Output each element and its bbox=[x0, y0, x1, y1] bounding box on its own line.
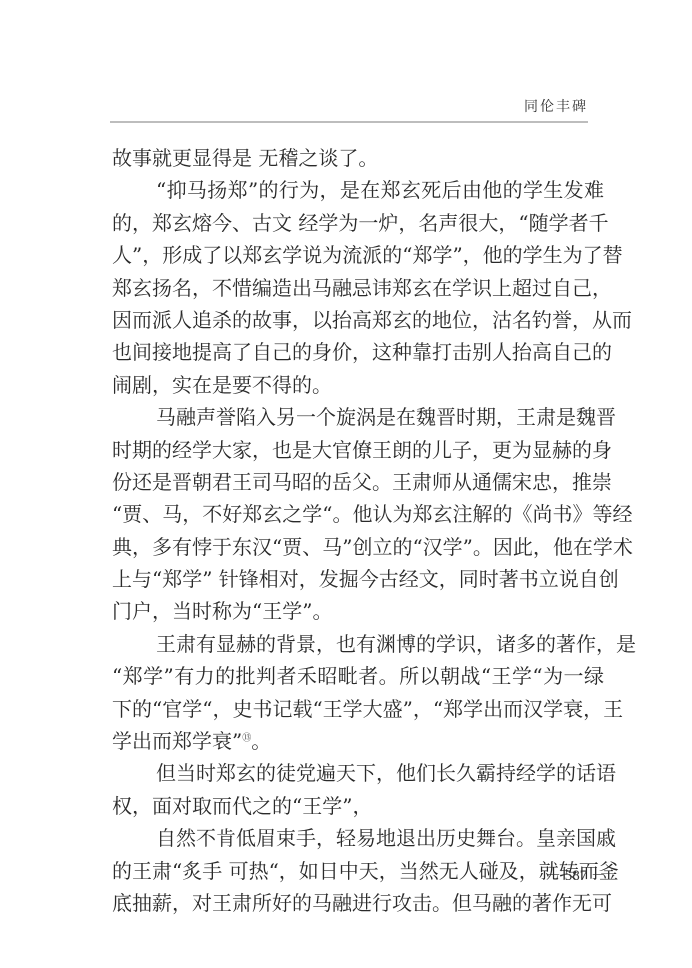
text-line: 但当时郑玄的徒党遍天下，他们长久霸持经学的话语 bbox=[112, 757, 604, 789]
line-text: 门户，当时称为“王学”。 bbox=[112, 599, 332, 623]
footnote-marker[interactable]: ⑬ bbox=[242, 733, 251, 743]
text-line: 自然不肯低眉束手，轻易地退出历史舞台。皇亲国戚 bbox=[112, 822, 604, 854]
line-text: 学出而郑学衰” bbox=[112, 729, 242, 753]
text-line: “抑马扬郑”的行为，是在郑玄死后由他的学生发难 bbox=[112, 174, 604, 206]
line-text: 的，郑玄熔今、古文 经学为一炉，名声很大，“随学者千 bbox=[112, 211, 609, 235]
line-text: 上与“郑学” 针锋相对，发掘今古经文，同时著书立说自创 bbox=[112, 567, 619, 591]
line-text: 也间接地提高了自己的身价，这种靠打击别人抬高自己的 bbox=[112, 340, 612, 364]
line-tail: 。 bbox=[251, 729, 271, 753]
line-text: 郑玄扬名，不惜编造出马融忌讳郑玄在学识上超过自己， bbox=[112, 276, 612, 300]
line-text: 典，多有悖于东汉“贾、马”创立的“汉学”。因此，他在学术 bbox=[112, 535, 633, 559]
text-line: 份还是晋朝君王司马昭的岳父。王肃师从通儒宋忠，推崇 bbox=[112, 466, 604, 498]
line-text: 底抽薪，对王肃所好的马融进行攻击。但马融的著作无可 bbox=[112, 891, 612, 915]
text-line: 王肃有显赫的背景，也有渊博的学识，诸多的著作，是 bbox=[112, 628, 604, 660]
text-line: 下的“官学“，史书记载“王学大盛”，“郑学出而汉学衰，王 bbox=[112, 693, 604, 725]
line-text: 马融声誉陷入另一个旋涡是在魏晋时期，王肃是魏晋 bbox=[156, 405, 616, 429]
line-text: 故事就更显得是 无稽之谈了。 bbox=[112, 146, 378, 170]
line-text: 因而派人追杀的故事，以抬高郑玄的地位，沽名钓誉，从而 bbox=[112, 308, 632, 332]
line-text: “郑学”有力的批判者禾昭毗者。所以朝战“王学“为一绿 bbox=[112, 664, 604, 688]
text-line: 故事就更显得是 无稽之谈了。 bbox=[112, 142, 604, 174]
text-line: “郑学”有力的批判者禾昭毗者。所以朝战“王学“为一绿 bbox=[112, 660, 604, 692]
text-line: 马融声誉陷入另一个旋涡是在魏晋时期，王肃是魏晋 bbox=[112, 401, 604, 433]
text-line: 学出而郑学衰”⑬。 bbox=[112, 725, 604, 757]
body-text: 故事就更显得是 无稽之谈了。“抑马扬郑”的行为，是在郑玄死后由他的学生发难的，郑… bbox=[112, 142, 604, 919]
text-line: 时期的经学大家，也是大官僚王朗的儿子，更为显赫的身 bbox=[112, 434, 604, 466]
text-line: 闹剧，实在是要不得的。 bbox=[112, 369, 604, 401]
text-line: 典，多有悖于东汉“贾、马”创立的“汉学”。因此，他在学术 bbox=[112, 531, 604, 563]
text-line: 人”，形成了以郑玄学说为流派的“郑学”，他的学生为了替 bbox=[112, 239, 604, 271]
line-text: 自然不肯低眉束手，轻易地退出历史舞台。皇亲国戚 bbox=[156, 826, 616, 850]
text-line: 因而派人追杀的故事，以抬高郑玄的地位，沽名钓誉，从而 bbox=[112, 304, 604, 336]
text-line: 底抽薪，对王肃所好的马融进行攻击。但马融的著作无可 bbox=[112, 887, 604, 919]
running-title: 同伦丰碑 bbox=[110, 96, 588, 122]
text-line: “贾、马，不好郑玄之学“。他认为郑玄注解的《尚书》等经 bbox=[112, 498, 604, 530]
text-line: 也间接地提高了自己的身价，这种靠打击别人抬高自己的 bbox=[112, 336, 604, 368]
page-number: － 587 － bbox=[520, 864, 606, 885]
line-text: 权，面对取而代之的“王学”， bbox=[112, 794, 372, 818]
line-text: 份还是晋朝君王司马昭的岳父。王肃师从通儒宋忠，推崇 bbox=[112, 470, 612, 494]
line-text: 但当时郑玄的徒党遍天下，他们长久霸持经学的话语 bbox=[156, 761, 616, 785]
text-line: 上与“郑学” 针锋相对，发掘今古经文，同时著书立说自创 bbox=[112, 563, 604, 595]
line-text: 闹剧，实在是要不得的。 bbox=[112, 373, 332, 397]
line-text: “抑马扬郑”的行为，是在郑玄死后由他的学生发难 bbox=[156, 178, 604, 202]
line-text: “贾、马，不好郑玄之学“。他认为郑玄注解的《尚书》等经 bbox=[112, 502, 632, 526]
header-rule bbox=[110, 121, 588, 123]
text-line: 郑玄扬名，不惜编造出马融忌讳郑玄在学识上超过自己， bbox=[112, 272, 604, 304]
text-line: 权，面对取而代之的“王学”， bbox=[112, 790, 604, 822]
text-line: 的，郑玄熔今、古文 经学为一炉，名声很大，“随学者千 bbox=[112, 207, 604, 239]
line-text: 人”，形成了以郑玄学说为流派的“郑学”，他的学生为了替 bbox=[112, 243, 623, 267]
line-text: 王肃有显赫的背景，也有渊博的学识，诸多的著作，是 bbox=[156, 632, 636, 656]
text-line: 门户，当时称为“王学”。 bbox=[112, 595, 604, 627]
line-text: 下的“官学“，史书记载“王学大盛”，“郑学出而汉学衰，王 bbox=[112, 697, 623, 721]
line-text: 时期的经学大家，也是大官僚王朗的儿子，更为显赫的身 bbox=[112, 438, 612, 462]
